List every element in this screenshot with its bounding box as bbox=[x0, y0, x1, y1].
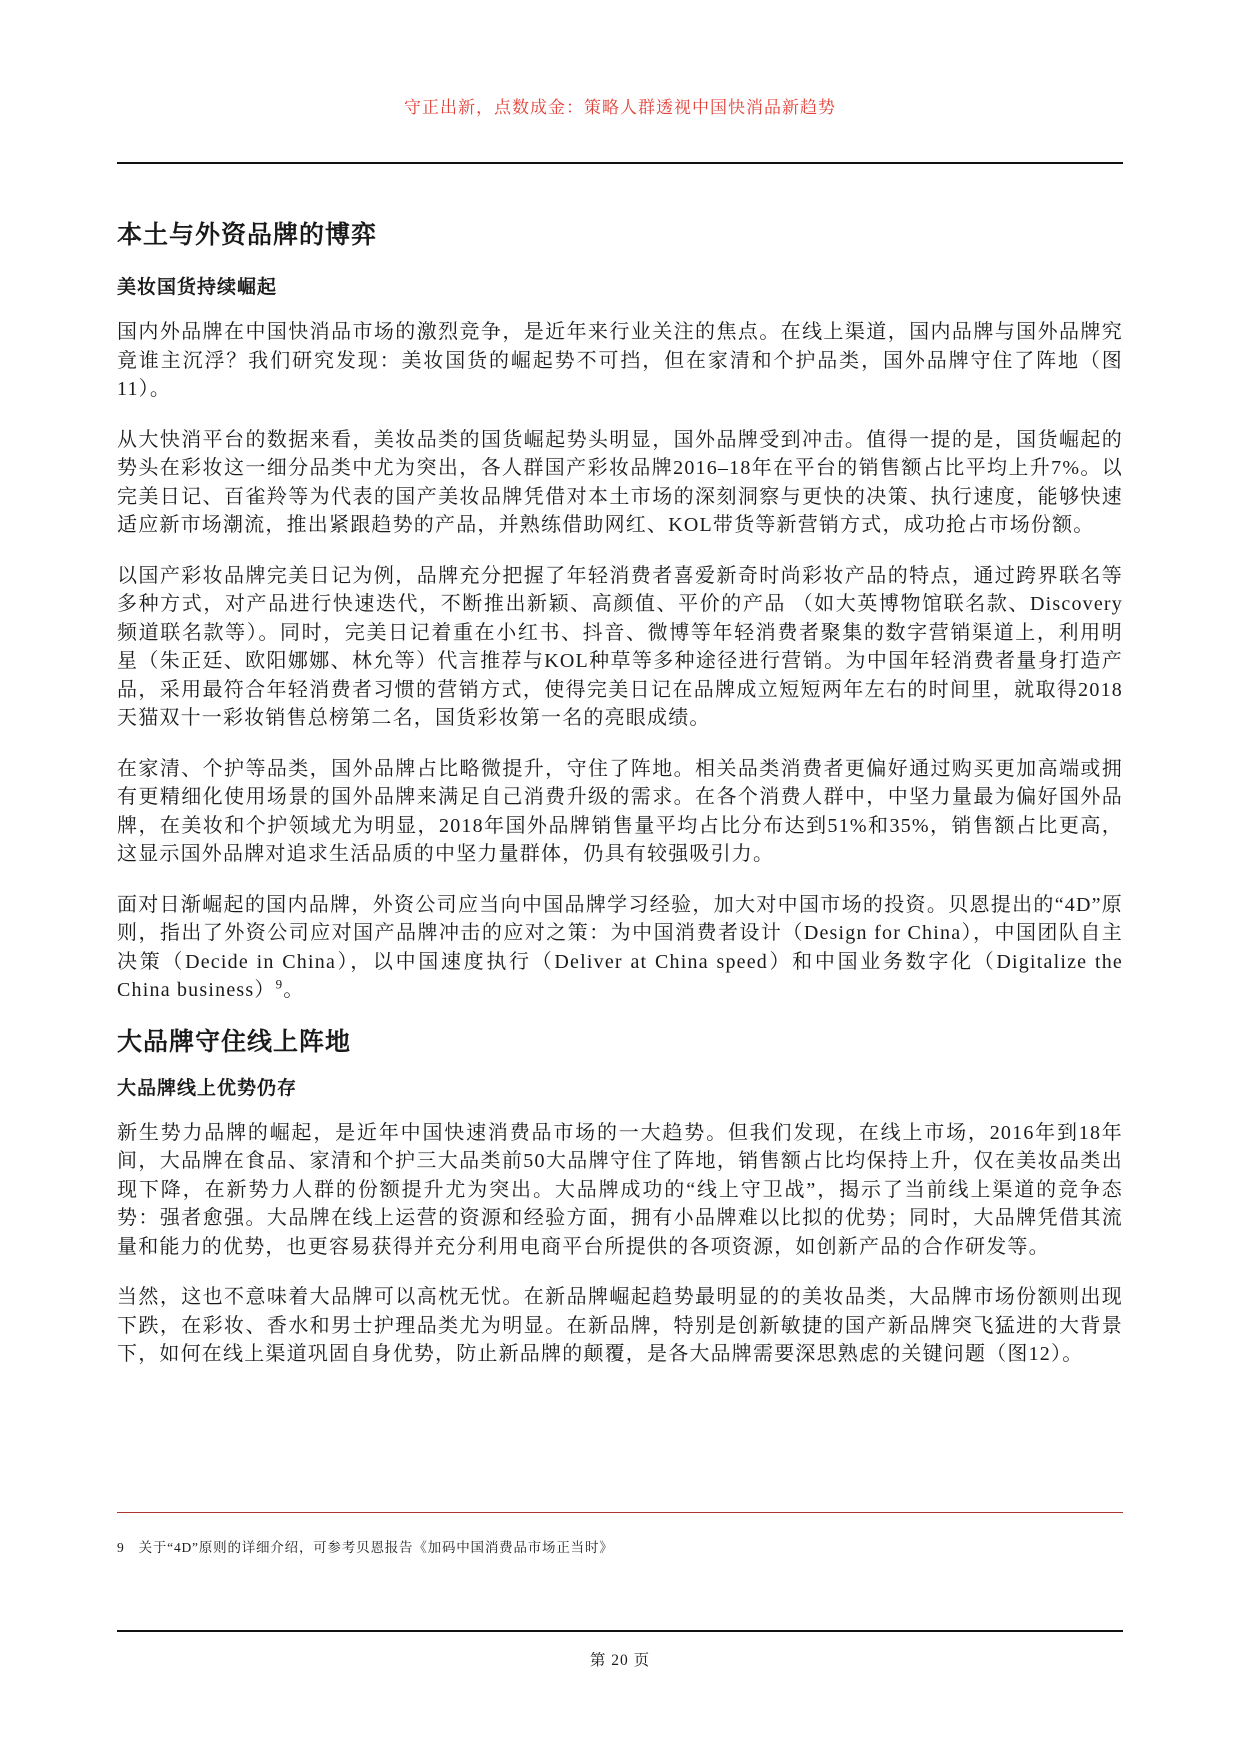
page-content: 本土与外资品牌的博弈 美妆国货持续崛起 国内外品牌在中国快消品市场的激烈竞争，是… bbox=[0, 220, 1240, 1369]
paragraph-4d-period: 。 bbox=[283, 979, 304, 1001]
paragraph-4d-principle: 面对日渐崛起的国内品牌，外资公司应当向中国品牌学习经验，加大对中国市场的投资。贝… bbox=[117, 891, 1123, 1005]
section-heading-local-vs-foreign-brands: 本土与外资品牌的博弈 bbox=[117, 220, 1123, 250]
paragraph-homecare-personalcare: 在家清、个护等品类，国外品牌占比略微提升，守住了阵地。相关品类消费者更偏好通过购… bbox=[117, 755, 1123, 869]
paragraph-4d-text: 面对日渐崛起的国内品牌，外资公司应当向中国品牌学习经验，加大对中国市场的投资。贝… bbox=[117, 894, 1123, 1002]
page-footer: 第 20 页 bbox=[117, 1630, 1123, 1670]
paragraph-beauty-intro: 国内外品牌在中国快消品市场的激烈竞争，是近年来行业关注的焦点。在线上渠道，国内品… bbox=[117, 318, 1123, 404]
paragraph-platform-data: 从大快消平台的数据来看，美妆品类的国货崛起势头明显，国外品牌受到冲击。值得一提的… bbox=[117, 426, 1123, 540]
footer-divider bbox=[117, 1630, 1123, 1632]
footnote: 9关于“4D”原则的详细介绍，可参考贝恩报告《加码中国消费品市场正当时》 bbox=[117, 1538, 1123, 1558]
header-divider bbox=[117, 162, 1123, 164]
page-number: 第 20 页 bbox=[117, 1648, 1123, 1670]
section-heading-big-brands-online: 大品牌守住线上阵地 bbox=[117, 1027, 1123, 1057]
paragraph-big-brands-defense: 新生势力品牌的崛起，是近年中国快速消费品市场的一大趋势。但我们发现，在线上市场，… bbox=[117, 1119, 1123, 1262]
subsection-heading-big-brand-advantage: 大品牌线上优势仍存 bbox=[117, 1077, 1123, 1101]
footnote-text: 关于“4D”原则的详细介绍，可参考贝恩报告《加码中国消费品市场正当时》 bbox=[139, 1540, 614, 1555]
paragraph-perfect-diary-case: 以国产彩妆品牌完美日记为例，品牌充分把握了年轻消费者喜爱新奇时尚彩妆产品的特点，… bbox=[117, 562, 1123, 733]
subsection-heading-domestic-beauty-rise: 美妆国货持续崛起 bbox=[117, 276, 1123, 300]
footnote-area: 9关于“4D”原则的详细介绍，可参考贝恩报告《加码中国消费品市场正当时》 bbox=[117, 1512, 1123, 1558]
footnote-marker: 9 bbox=[117, 1540, 125, 1555]
footnote-divider bbox=[117, 1512, 1123, 1513]
running-header: 守正出新，点数成金：策略人群透视中国快消品新趋势 bbox=[0, 0, 1240, 121]
running-header-title: 守正出新，点数成金：策略人群透视中国快消品新趋势 bbox=[117, 95, 1123, 121]
document-page: 守正出新，点数成金：策略人群透视中国快消品新趋势 本土与外资品牌的博弈 美妆国货… bbox=[0, 0, 1240, 1754]
paragraph-big-brands-risk: 当然，这也不意味着大品牌可以高枕无忧。在新品牌崛起趋势最明显的的美妆品类，大品牌… bbox=[117, 1283, 1123, 1369]
